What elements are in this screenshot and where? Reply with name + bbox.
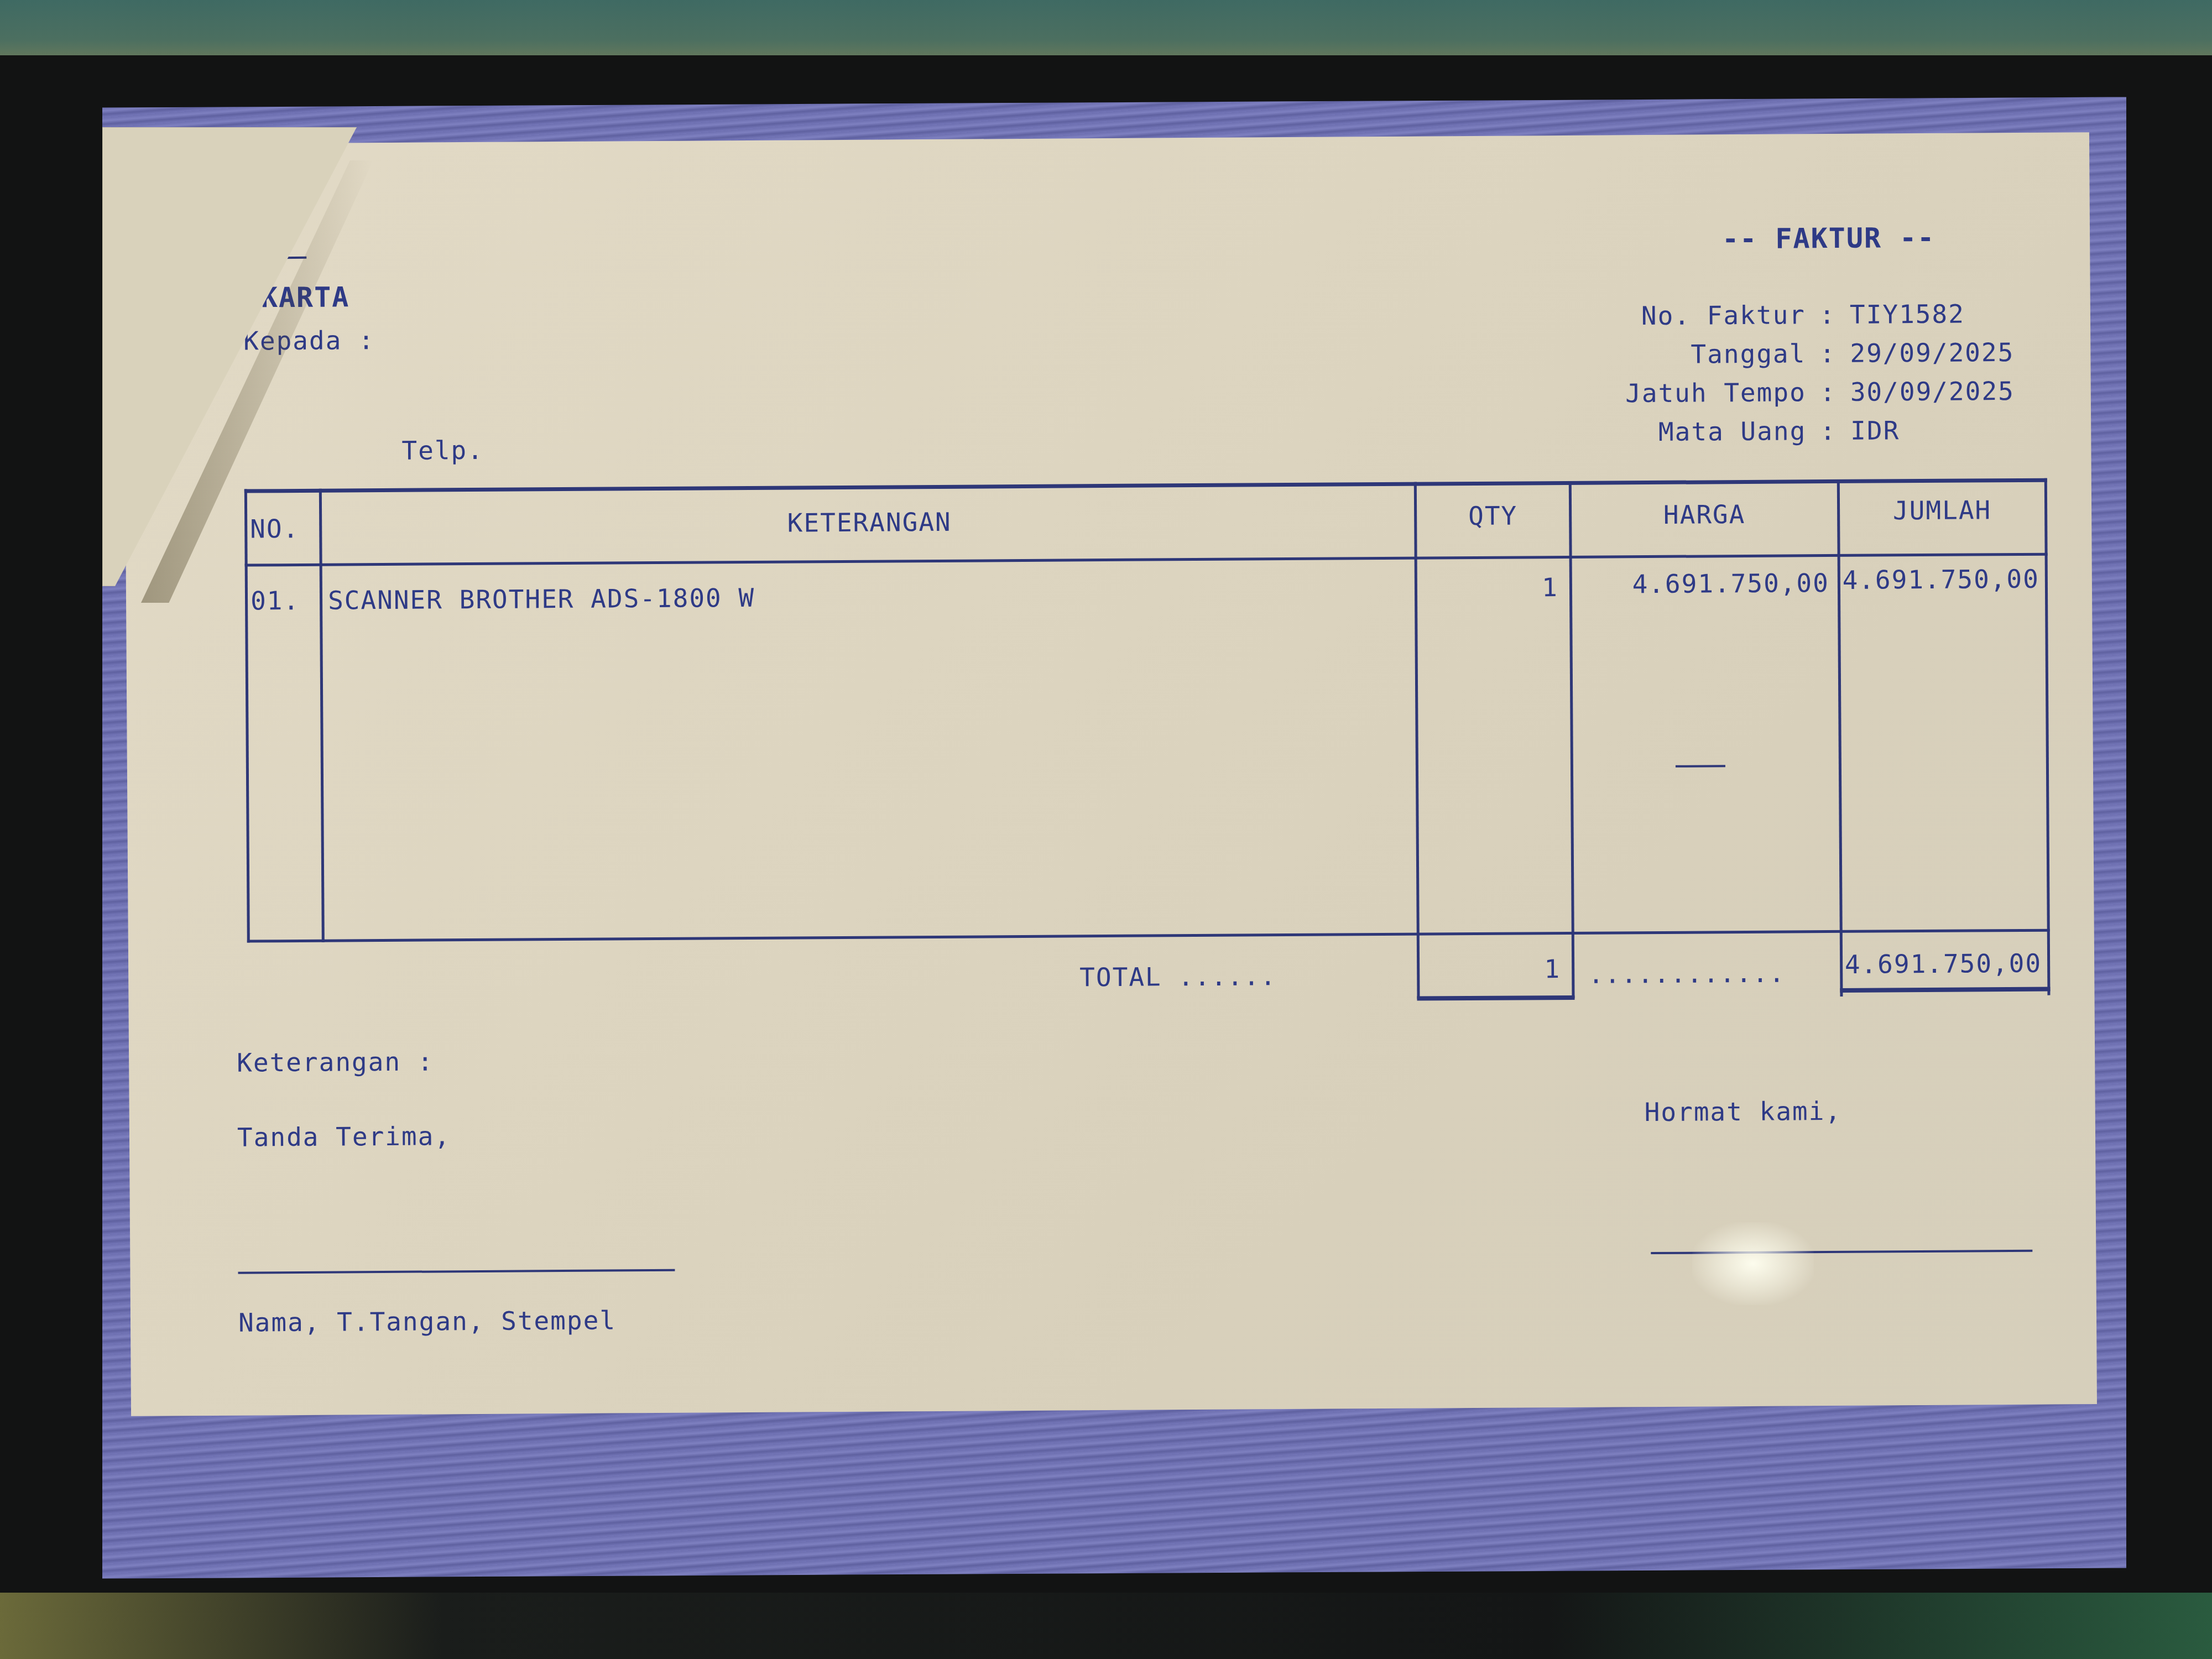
table-border-right	[2044, 478, 2051, 995]
header-price: HARGA	[1572, 499, 1837, 530]
meta-label-currency: Mata Uang	[1519, 416, 1806, 447]
row-no: 01.	[251, 586, 300, 616]
header-no: NO.	[250, 514, 299, 544]
col-divider-qty	[1569, 481, 1575, 998]
total-dots: ............	[1588, 958, 1786, 989]
receipt-label: Tanda Terima,	[237, 1121, 451, 1152]
total-amount: 4.691.750,00	[1843, 948, 2042, 979]
phone-label: Telp.	[401, 435, 484, 466]
receipt-signature-line	[238, 1269, 675, 1274]
meta-label-invoice-no: No. Faktur	[1518, 300, 1806, 331]
table-bottom-border	[247, 929, 2050, 943]
meta-value-date: 29/09/2025	[1850, 337, 2014, 368]
light-glare	[1692, 1222, 1814, 1305]
col-divider-price	[1837, 479, 1843, 997]
row-qty: 1	[1417, 572, 1558, 603]
row-price: 4.691.750,00	[1572, 568, 1829, 599]
table-top-border	[244, 478, 2047, 493]
invoice-title: -- FAKTUR --	[1722, 222, 1936, 255]
background-bottom	[0, 1593, 2212, 1659]
table-border-left	[244, 489, 250, 943]
total-label: TOTAL ......	[1079, 961, 1277, 992]
total-amount-underline	[1840, 987, 2050, 993]
notes-label: Keterangan :	[237, 1046, 434, 1077]
meta-value-currency: IDR	[1850, 415, 1900, 446]
signature-caption: Nama, T.Tangan, Stempel	[238, 1305, 616, 1337]
table-header-divider	[245, 553, 2048, 567]
meta-colon: :	[1820, 377, 1837, 407]
col-divider-desc	[1414, 482, 1420, 999]
meta-colon: :	[1819, 338, 1836, 368]
header-qty: QTY	[1417, 500, 1569, 531]
header-description: KETERANGAN	[325, 504, 1414, 541]
meta-value-invoice-no: TIY1582	[1850, 299, 1965, 330]
regards-label: Hormat kami,	[1645, 1096, 1842, 1127]
meta-colon: :	[1820, 416, 1837, 446]
meta-label-date: Tanggal	[1518, 338, 1806, 370]
col-divider-no	[319, 489, 325, 942]
total-qty-underline	[1417, 995, 1574, 1001]
header-amount: JUMLAH	[1840, 495, 2044, 526]
stray-mark	[1676, 765, 1725, 768]
total-qty: 1	[1420, 954, 1561, 985]
row-description: SCANNER BROTHER ADS-1800 W	[328, 583, 755, 615]
row-amount: 4.691.750,00	[1840, 564, 2039, 595]
meta-label-due-date: Jatuh Tempo	[1519, 377, 1806, 409]
meta-colon: :	[1819, 300, 1836, 330]
meta-value-due-date: 30/09/2025	[1850, 376, 2015, 407]
